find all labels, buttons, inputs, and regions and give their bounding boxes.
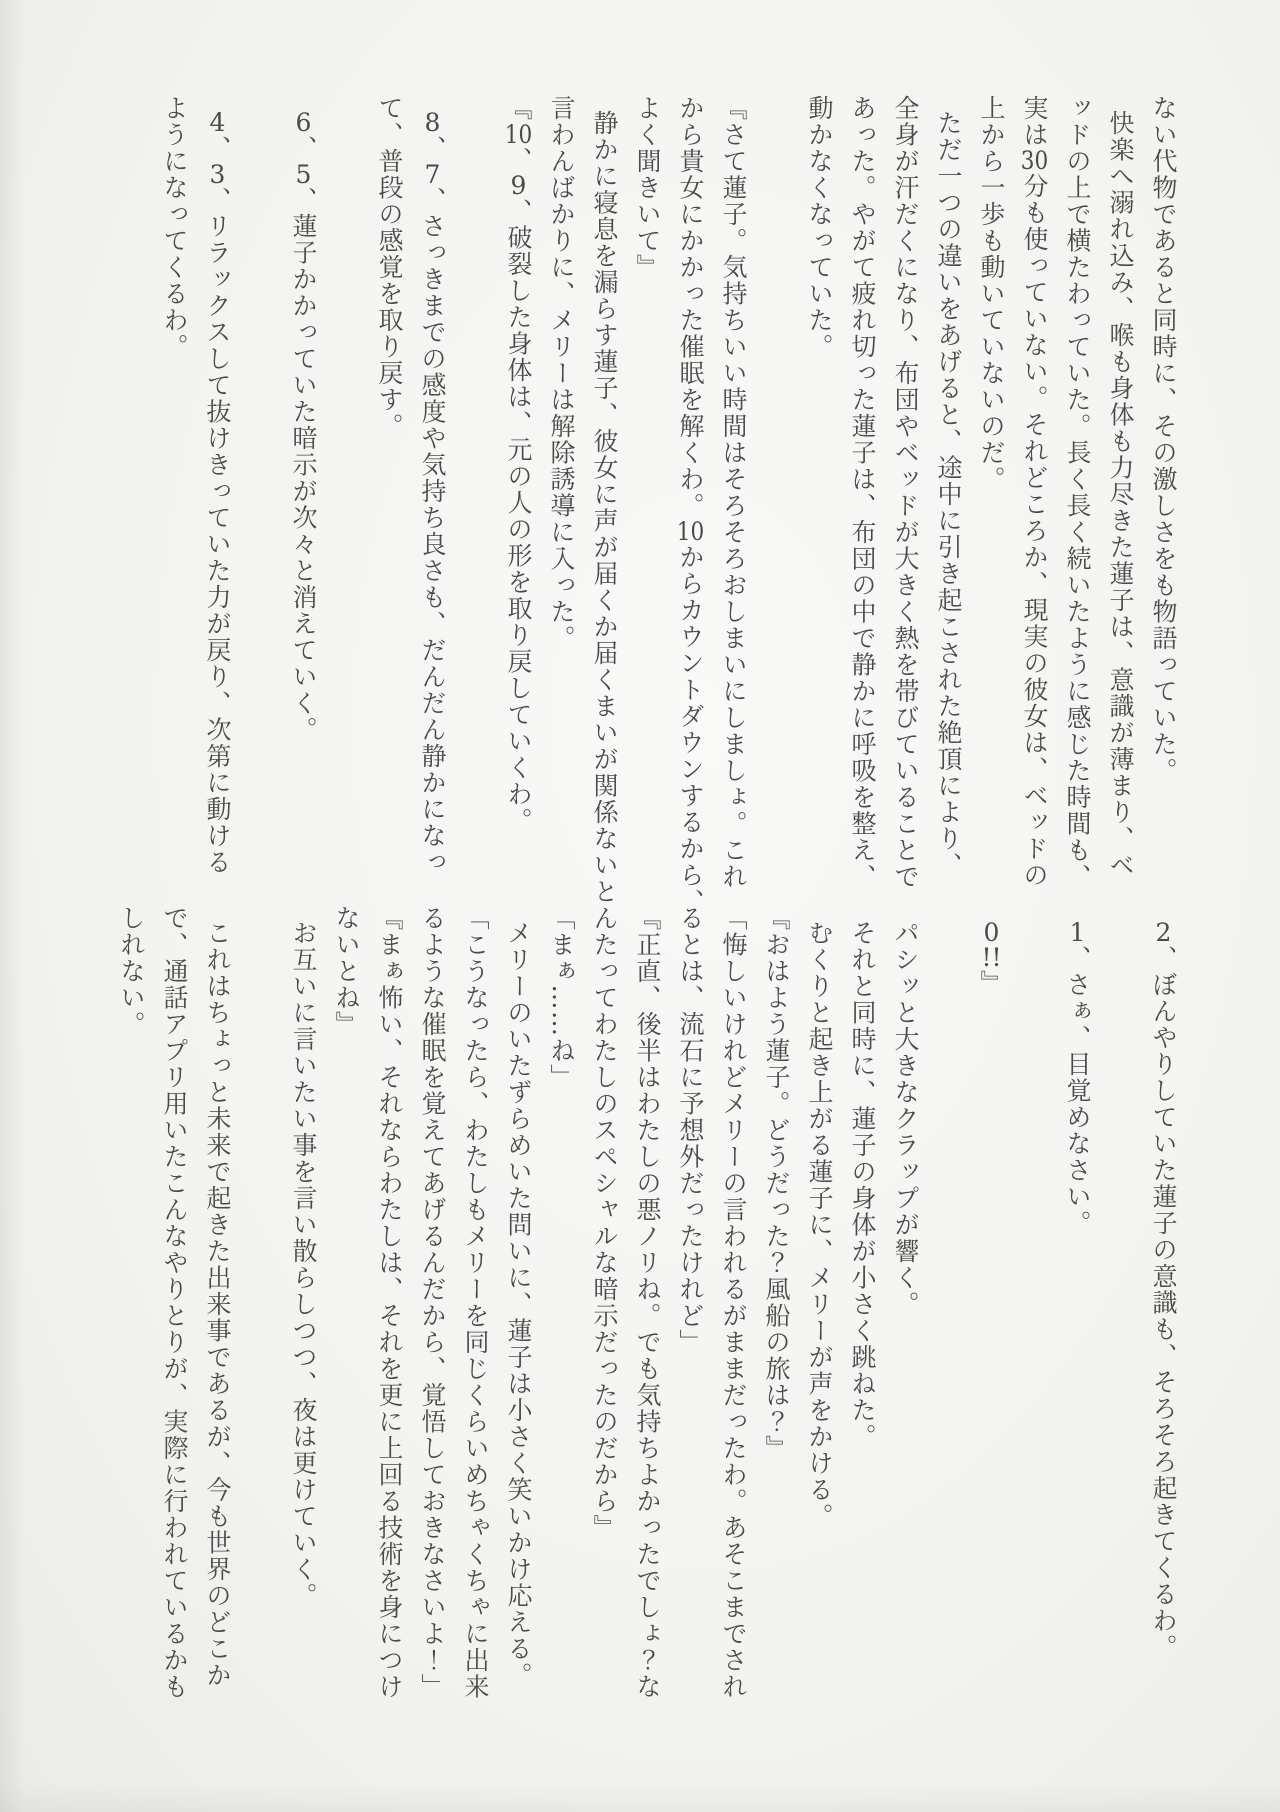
upright-digits: 5 [289,162,318,187]
text-column: よく聞きいて』 [626,95,669,890]
upright-digits: 3 [203,162,232,187]
upright-digits: 2 [1149,920,1178,945]
text-block-top: ない代物であると同時に、その激しさをも物語っていた。快楽へ溺れ込み、喉も身体も力… [153,95,1185,890]
text-column: 静かに寝息を漏らす蓮子、彼女に声が届くか届くまいが関係ないと [583,95,626,890]
text-column: 「悔しいけれどメリーの言われるがままだったわ。あそこまでされ [712,905,755,1700]
text-column: 実は30分も使っていない。それどころか、現実の彼女は、ベッドの [1013,95,1056,890]
text-column: 『10、9、破裂した身体は、元の人の形を取り戻していくわ。 [497,95,540,890]
blank-column [325,95,368,890]
text-column: 1、さぁ、目覚めなさい。 [1056,905,1099,1700]
text-column: 『まぁ怖い、それならわたしは、それを更に上回る技術を身につけ [368,905,411,1700]
text-column: 「こうなったら、わたしもメリーを同じくらいめちゃくちゃに出来 [454,905,497,1700]
upright-digits: 9 [504,173,533,198]
blank-column [239,905,282,1700]
text-block-bottom: 2、ぼんやりしていた蓮子の意識も、そろそろ起きてくるわ。 1、さぁ、目覚めなさい… [110,905,1185,1700]
upright-digits: !! [977,945,1006,970]
scanned-page: ない代物であると同時に、その激しさをも物語っていた。快楽へ溺れ込み、喉も身体も力… [0,0,1280,1812]
text-column: しれない。 [110,905,153,1700]
text-column: 『おはよう蓮子。どうだった？風船の旅は？』 [755,905,798,1700]
text-column: 快楽へ溺れ込み、喉も身体も力尽きた蓮子は、意識が薄まり、ベ [1099,95,1142,890]
text-column: パシッと大きなクラップが響く。 [884,905,927,1700]
blank-column [1099,905,1142,1700]
text-column: 上から一歩も動いていないのだ。 [970,95,1013,890]
text-column: 8、7、さっきまでの感度や気持ち良さも、だんだん静かになっ [411,95,454,890]
text-column: ただ一つの違いをあげると、途中に引き起こされた絶頂により、 [927,95,970,890]
upright-digits: 1 [1063,920,1092,945]
upright-digits: 0 [977,920,1006,945]
text-column: るような催眠を覚えてあげるんだから、覚悟しておきなさいよ！」 [411,905,454,1700]
text-column: から貴女にかかった催眠を解くわ。10からカウントダウンするから、 [669,95,712,890]
upright-digits: 10 [504,122,533,147]
text-column: それと同時に、蓮子の身体が小さく跳ねた。 [841,905,884,1700]
text-column: 全身が汗だくになり、布団やベッドが大きく熱を帯びていることで [884,95,927,890]
blank-column [454,95,497,890]
upright-digits: 4 [203,110,232,135]
text-column: あった。やがて疲れ切った蓮子は、布団の中で静かに呼吸を整え、 [841,95,884,890]
blank-column [1013,905,1056,1700]
text-column: て、普段の感覚を取り戻す。 [368,95,411,890]
text-column: ようになってくるわ。 [153,95,196,890]
blank-column [927,905,970,1700]
text-column: ないとね』 [325,905,368,1700]
text-column: むくりと起き上がる蓮子に、メリーが声をかける。 [798,905,841,1700]
text-column: 「まぁ……ね」 [540,905,583,1700]
text-column: これはちょっと未来で起きた出来事であるが、今も世界のどこか [196,905,239,1700]
text-column: で、通話アプリ用いたこんなやりとりが、実際に行われているかも [153,905,196,1700]
blank-column [239,95,282,890]
text-column: 0!!』 [970,905,1013,1700]
text-column: ない代物であると同時に、その激しさをも物語っていた。 [1142,95,1185,890]
text-column: 『正直、後半はわたしの悪ノリね。でも気持ちよかったでしょ？な [626,905,669,1700]
text-column: メリーのいたずらめいた問いに、蓮子は小さく笑いかけ応える。 [497,905,540,1700]
blank-column [755,95,798,890]
upright-digits: 6 [289,110,318,135]
upright-digits: 7 [418,162,447,187]
text-column: お互いに言いたい事を言い散らしつつ、夜は更けていく。 [282,905,325,1700]
text-column: んたってわたしのスペシャルな暗示だったのだから』 [583,905,626,1700]
text-column: 動かなくなっていた。 [798,95,841,890]
upright-digits: 10 [676,519,705,544]
upright-digits: 8 [418,110,447,135]
text-column: 2、ぼんやりしていた蓮子の意識も、そろそろ起きてくるわ。 [1142,905,1185,1700]
text-column: ッドの上で横たわっていた。長く長く続いたように感じた時間も、 [1056,95,1099,890]
text-column: 言わんばかりに、メリーは解除誘導に入った。 [540,95,583,890]
text-column: 4、3、リラックスして抜けきっていた力が戻り、次第に動ける [196,95,239,890]
text-column: 『さて蓮子。気持ちいい時間はそろそろおしまいにしましょ。これ [712,95,755,890]
text-column: るとは、流石に予想外だったけれど」 [669,905,712,1700]
upright-digits: 30 [1020,148,1049,173]
text-column: 6、5、蓮子かかっていた暗示が次々と消えていく。 [282,95,325,890]
